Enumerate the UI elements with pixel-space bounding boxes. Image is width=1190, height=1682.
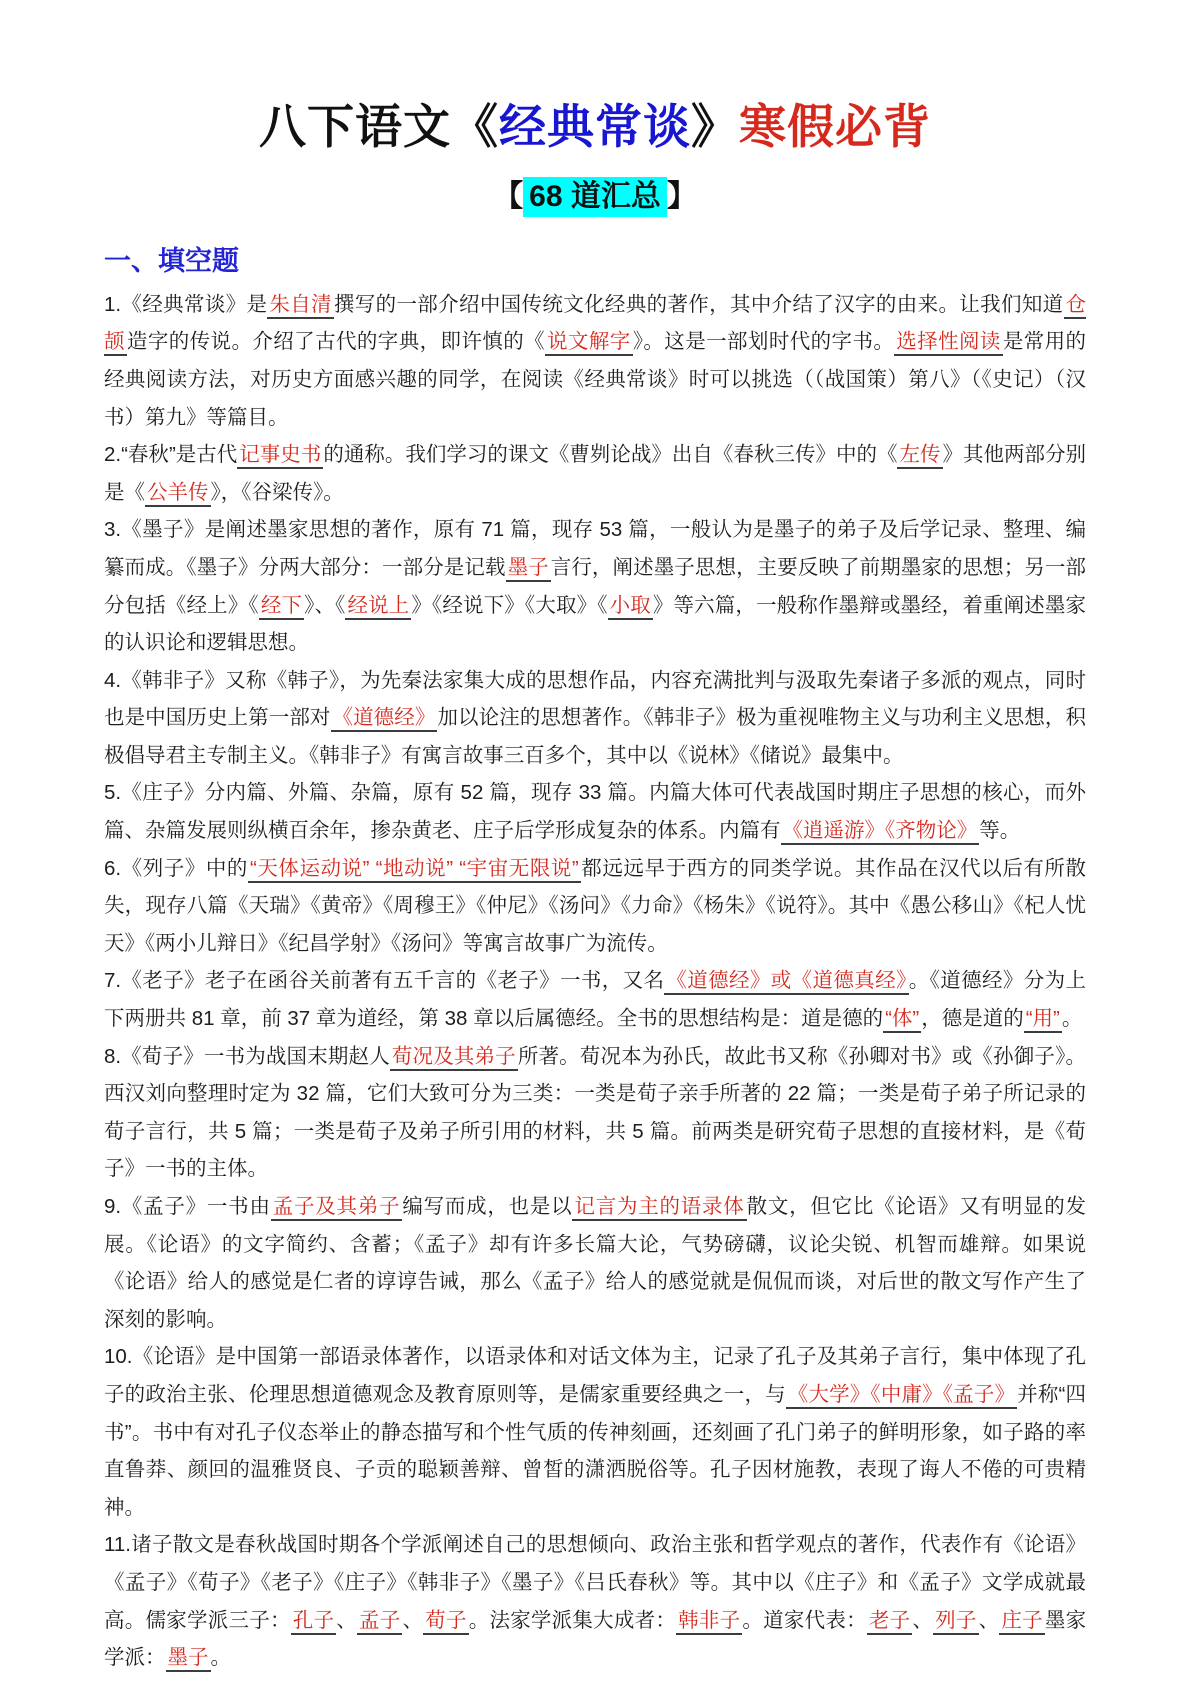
answer-blank: 老子 (867, 1609, 913, 1635)
paragraph-4: 4.《韩非子》又称《韩子》，为先秦法家集大成的思想作品，内容充满批判与汲取先秦诸… (104, 662, 1086, 775)
answer-blank: “用” (1024, 1007, 1062, 1033)
body-text: 造字的传说。介绍了古代的字典，即许慎的《 (127, 330, 545, 353)
paragraph-8: 8.《荀子》一书为战国末期赵人荀况及其弟子所著。荀况本为孙氏，故此书又称《孙卿对… (104, 1038, 1086, 1188)
body-text: 8.《荀子》一书为战国末期赵人 (104, 1045, 390, 1068)
body-text: 》、《 (304, 594, 345, 617)
paragraph-list: 1.《经典常谈》是朱自清撰写的一部介绍中国传统文化经典的著作，其中介结了汉字的由… (104, 286, 1086, 1677)
body-text: 。 (1062, 1007, 1083, 1030)
body-text: 、 (979, 1609, 1000, 1632)
answer-blank: 墨子 (166, 1646, 211, 1672)
answer-blank: 韩非子 (676, 1609, 742, 1635)
document-content: 八下语文《经典常谈》寒假必背 【68 道汇总】 一、填空题 1.《经典常谈》是朱… (0, 0, 1190, 1677)
paragraph-1: 1.《经典常谈》是朱自清撰写的一部介绍中国传统文化经典的著作，其中介结了汉字的由… (104, 286, 1086, 436)
answer-blank: 《道德经》或《道德真经》 (664, 969, 908, 995)
body-text: 的通称。我们学习的课文《曹刿论战》出自《春秋三传》中的《 (323, 443, 897, 466)
body-text: 1.《经典常谈》是 (104, 293, 267, 316)
answer-blank: 朱自清 (267, 293, 334, 319)
paragraph-9: 9.《孟子》一书由孟子及其弟子编写而成，也是以记言为主的语录体散文，但它比《论语… (104, 1188, 1086, 1338)
answer-blank: 记事史书 (237, 443, 323, 469)
paragraph-7: 7.《老子》老子在函谷关前著有五千言的《老子》一书，又名《道德经》或《道德真经》… (104, 962, 1086, 1037)
answer-blank: 公羊传 (145, 481, 211, 507)
section-heading-fill-in-blank: 一、填空题 (104, 239, 1086, 278)
answer-blank: 左传 (897, 443, 942, 469)
title-suffix: 寒假必背 (739, 100, 931, 153)
answer-blank: 选择性阅读 (894, 330, 1003, 356)
answer-blank: 庄子 (999, 1609, 1045, 1635)
answer-blank: 《逍遥游》《齐物论》 (781, 819, 980, 845)
answer-blank: “体” (883, 1007, 921, 1033)
body-text: 》《经说下》《大取》《 (411, 594, 607, 617)
page-title: 八下语文《经典常谈》寒假必背 (104, 0, 1086, 157)
answer-blank: 孔子 (291, 1609, 337, 1635)
body-text: 。法家学派集大成者： (469, 1609, 676, 1632)
subtitle-bracket-open: 【 (493, 180, 523, 213)
title-bracket-close: 》 (691, 100, 739, 153)
body-text: 撰写的一部介绍中国传统文化经典的著作，其中介结了汉字的由来。让我们知道 (334, 293, 1064, 316)
body-text: 。道家代表： (742, 1609, 866, 1632)
answer-blank: 经说上 (345, 594, 411, 620)
subtitle-highlight: 68 道汇总 (523, 177, 667, 217)
answer-blank: 墨子 (506, 556, 551, 582)
answer-blank: 说文解字 (545, 330, 633, 356)
answer-blank: 《道德经》 (331, 706, 438, 732)
subtitle-bracket-close: 】 (667, 180, 697, 213)
paragraph-2: 2.“春秋”是古代记事史书的通称。我们学习的课文《曹刿论战》出自《春秋三传》中的… (104, 436, 1086, 511)
document-page: 八下语文《经典常谈》寒假必背 【68 道汇总】 一、填空题 1.《经典常谈》是朱… (0, 0, 1190, 1682)
page-subtitle: 【68 道汇总】 (104, 171, 1086, 215)
paragraph-3: 3.《墨子》是阐述墨家思想的著作，原有 71 篇，现存 53 篇，一般认为是墨子… (104, 511, 1086, 661)
paragraph-6: 6.《列子》中的“天体运动说” “地动说” “宇宙无限说”都远远早于西方的同类学… (104, 850, 1086, 963)
paragraph-11: 11.诸子散文是春秋战国时期各个学派阐述自己的思想倾向、政治主张和哲学观点的著作… (104, 1526, 1086, 1676)
body-text: 》，《谷梁传》。 (211, 481, 344, 504)
body-text: 编写而成，也是以 (402, 1195, 572, 1218)
answer-blank: 荀况及其弟子 (390, 1045, 518, 1071)
paragraph-5: 5.《庄子》分内篇、外篇、杂篇，原有 52 篇，现存 33 篇。内篇大体可代表战… (104, 774, 1086, 849)
title-book-name: 经典常谈 (499, 100, 691, 153)
answer-blank: 小取 (608, 594, 653, 620)
body-text: 、 (402, 1609, 423, 1632)
body-text: 2.“春秋”是古代 (104, 443, 237, 466)
answer-blank: 列子 (933, 1609, 979, 1635)
body-text: ，德是道的 (921, 1007, 1024, 1030)
answer-blank: 孟子 (357, 1609, 403, 1635)
paragraph-10: 10.《论语》是中国第一部语录体著作，以语录体和对话文体为主，记录了孔子及其弟子… (104, 1338, 1086, 1526)
answer-blank: 《大学》《中庸》《孟子》 (786, 1383, 1017, 1409)
answer-blank: 荀子 (423, 1609, 469, 1635)
body-text: 等。 (979, 819, 1020, 842)
title-prefix: 八下语文 (259, 100, 451, 153)
answer-blank: “天体运动说” “地动说” “宇宙无限说” (248, 857, 581, 883)
body-text: 6.《列子》中的 (104, 857, 248, 880)
answer-blank: 经下 (259, 594, 304, 620)
answer-blank: 孟子及其弟子 (271, 1195, 403, 1221)
title-bracket-open: 《 (451, 100, 499, 153)
body-text: 、 (336, 1609, 357, 1632)
body-text: 》。这是一部划时代的字书。 (633, 330, 895, 353)
body-text: 。 (211, 1646, 232, 1669)
body-text: 、 (912, 1609, 933, 1632)
answer-blank: 记言为主的语录体 (572, 1195, 746, 1221)
body-text: 7.《老子》老子在函谷关前著有五千言的《老子》一书，又名 (104, 969, 664, 992)
body-text: 9.《孟子》一书由 (104, 1195, 271, 1218)
